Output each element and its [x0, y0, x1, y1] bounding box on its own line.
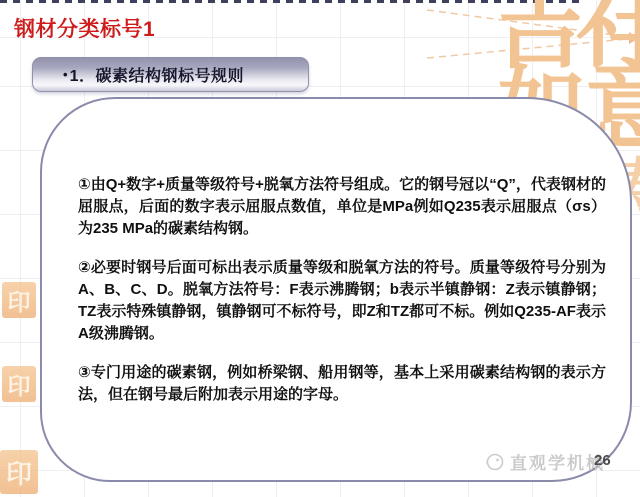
seal-stamp-icon: 印: [0, 450, 38, 494]
slide: 吉 祥 如 意 寿 印 印 印 钢材分类标号1 • 1．碳素结构钢标号规则 ①由…: [0, 0, 640, 497]
seal-stamp-icon: 印: [2, 366, 36, 402]
paragraph-1: ①由Q+数字+质量等级符号+脱氧方法符号组成。它的钢号冠以“Q”，代表钢材的屈服…: [78, 174, 606, 240]
slide-title: 钢材分类标号1: [14, 13, 155, 43]
page-number: 26: [594, 452, 611, 469]
brand-watermark-text: 直观学机械: [510, 449, 605, 474]
brand-watermark: 直观学机械: [484, 449, 605, 474]
section-header-bar: • 1．碳素结构钢标号规则: [32, 57, 309, 92]
bullet-icon: •: [63, 67, 68, 82]
content-paragraphs: ①由Q+数字+质量等级符号+脱氧方法符号组成。它的钢号冠以“Q”，代表钢材的屈服…: [78, 174, 606, 423]
paragraph-3: ③专门用途的碳素钢，例如桥梁钢、船用钢等，基本上采用碳素结构钢的表示方法，但在钢…: [78, 362, 606, 406]
brand-logo-icon: [484, 452, 506, 472]
paragraph-2: ②必要时钢号后面可标出表示质量等级和脱氧方法的符号。质量等级符号分别为A、B、C…: [78, 257, 606, 345]
seal-stamp-icon: 印: [2, 282, 36, 318]
section-header-label: 1．碳素结构钢标号规则: [70, 63, 244, 86]
